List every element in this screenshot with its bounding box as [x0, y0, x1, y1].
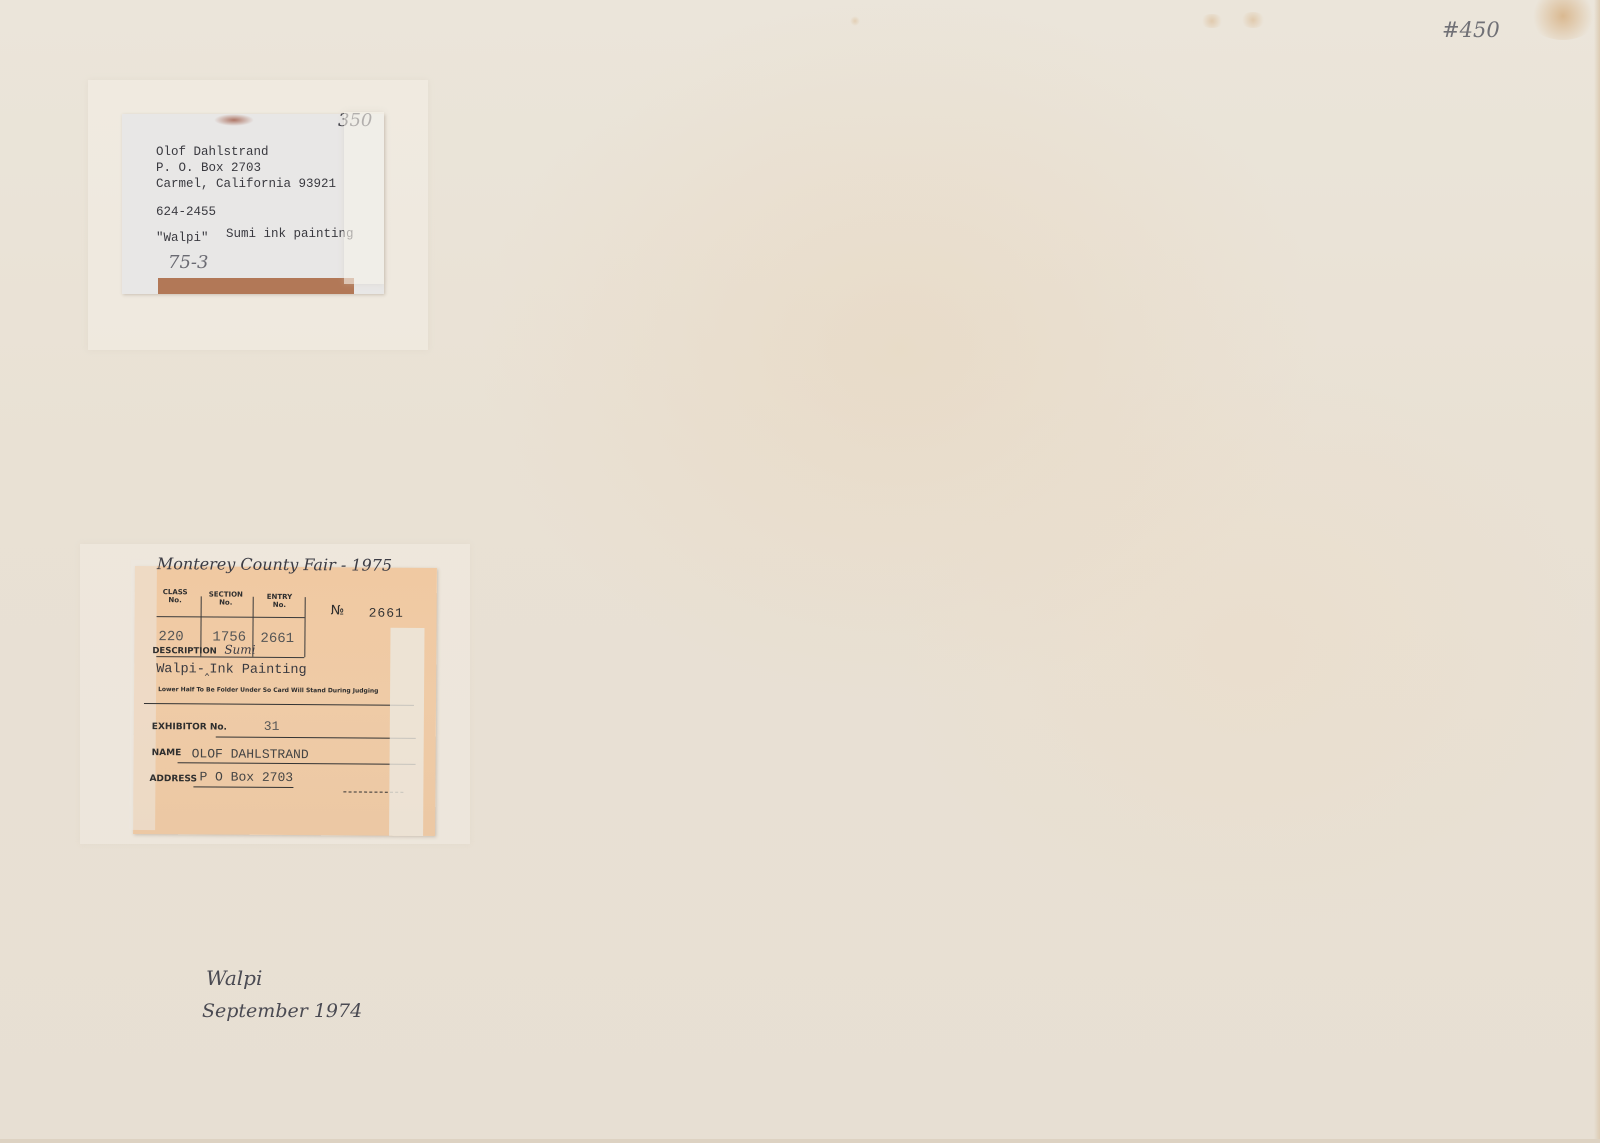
- tape-card-left: [129, 560, 157, 830]
- fair-entry-card: Monterey County Fair - 1975 CLASS No. SE…: [133, 566, 437, 836]
- entry-header: ENTRY No.: [267, 593, 293, 609]
- class-value: 220: [158, 629, 183, 645]
- stain-top-small-3: [850, 16, 860, 26]
- tape-card-right: [389, 628, 424, 836]
- number-symbol: №: [331, 603, 345, 618]
- exhibitor-value: 31: [264, 719, 280, 735]
- fold-line: [144, 703, 414, 706]
- entry-header-text: ENTRY No.: [267, 593, 293, 609]
- section-header-text: SECTION No.: [209, 590, 243, 606]
- artwork-medium: Sumi ink painting: [226, 226, 354, 242]
- artist-name: Olof Dahlstrand: [156, 144, 269, 160]
- card-number: 2661: [369, 606, 404, 622]
- artist-phone: 624-2455: [156, 204, 216, 220]
- entry-value: 2661: [260, 631, 294, 647]
- pencil-code: 75-3: [168, 252, 208, 273]
- name-value: OLOF DAHLSTRAND: [192, 746, 309, 763]
- board-bottom-edge: [0, 1139, 1600, 1143]
- handwritten-title: Walpi: [206, 966, 262, 990]
- address-line: [193, 786, 293, 788]
- label-brown-strip: [158, 278, 354, 294]
- class-header-text: CLASS No.: [163, 588, 188, 604]
- description-value: Walpi-‸Ink Painting: [156, 662, 307, 679]
- fold-instruction: Lower Half To Be Folder Under So Card Wi…: [158, 686, 378, 695]
- fair-header: Monterey County Fair - 1975: [157, 554, 392, 575]
- exhibitor-line: [216, 737, 416, 739]
- artist-label: 350 Olof Dahlstrand P. O. Box 2703 Carme…: [122, 114, 384, 294]
- board-right-edge: [1594, 0, 1600, 1143]
- name-line: [178, 762, 416, 765]
- inventory-number: #450: [1442, 18, 1500, 42]
- name-label: NAME: [152, 748, 182, 758]
- label-stain: [214, 114, 254, 126]
- section-header: SECTION No.: [209, 590, 243, 606]
- artist-po-box: P. O. Box 2703: [156, 160, 261, 176]
- description-insert: Sumi: [224, 643, 255, 657]
- address-value: P O Box 2703: [199, 769, 293, 786]
- artwork-title: "Walpi": [156, 230, 209, 246]
- class-header: CLASS No.: [163, 588, 188, 604]
- address-label: ADDRESS: [149, 774, 197, 784]
- tape-label1-right: [344, 112, 384, 284]
- description-label: DESCRIPTION: [152, 646, 217, 656]
- stain-top-small-2: [1240, 12, 1266, 28]
- exhibitor-label: EXHIBITOR No.: [152, 722, 227, 733]
- artist-city: Carmel, California 93921: [156, 176, 336, 192]
- handwritten-date: September 1974: [202, 1000, 362, 1022]
- stain-top-small-1: [1200, 14, 1224, 28]
